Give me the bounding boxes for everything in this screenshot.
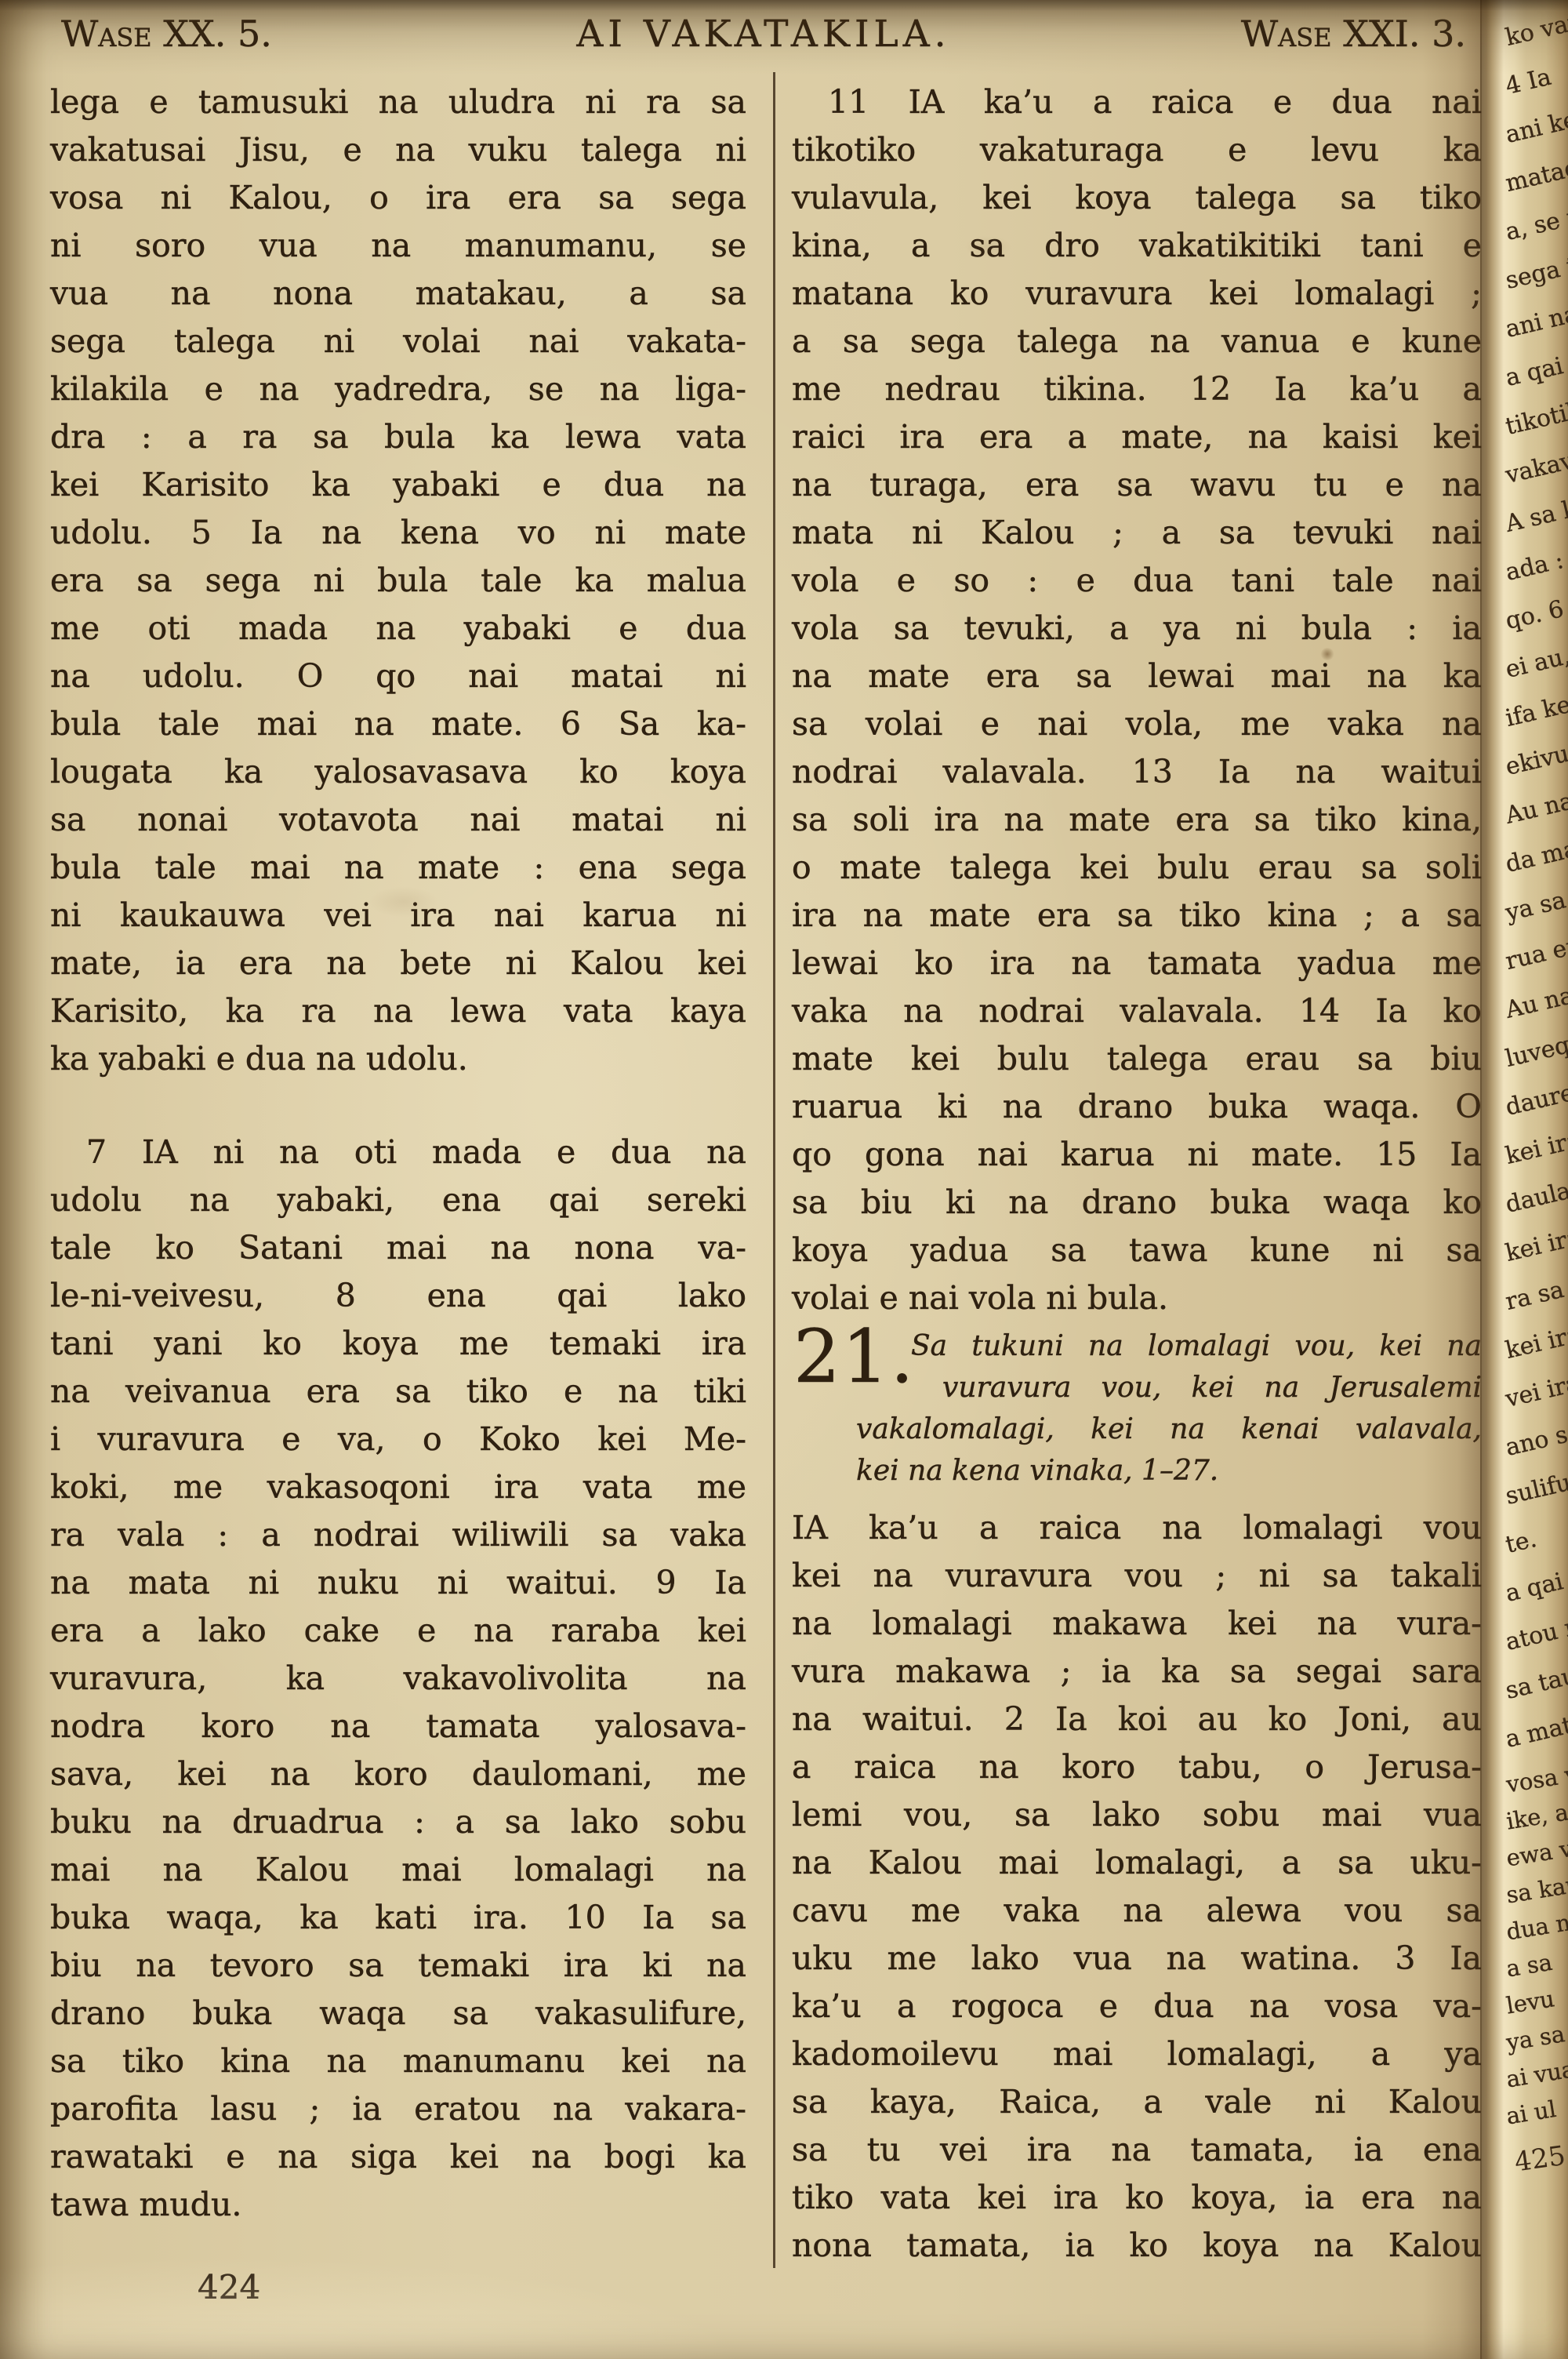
chapter-heading: 21. Sa tukuni na lomalagi vou, kei navur… — [792, 1325, 1482, 1504]
text-line: nona tamata, ia ko koya na Kalou — [792, 2222, 1482, 2270]
text-line: na turaga, era sa wavu tu e na — [792, 461, 1482, 509]
text-line: ra vala : a nodrai wiliwili sa vaka — [50, 1511, 746, 1559]
book-page-photo: Wase XX. 5. AI VAKATAKILA. Wase XXI. 3. … — [0, 0, 1568, 2359]
text-line: sa volai e nai vola, me vaka na — [792, 700, 1482, 748]
text-line: sa tu vei ira na tamata, ia ena — [792, 2126, 1482, 2174]
text-line: koki, me vakasoqoni ira vata me — [50, 1463, 746, 1511]
text-line: na Kalou mai lomalagi, a sa uku- — [792, 1839, 1482, 1887]
text-line: buka waqa, ka kati ira. 10 Ia sa — [50, 1894, 746, 1942]
text-line: lega e tamusuki na uludra ni ra sa — [50, 78, 746, 126]
chapter-summary-line: Sa tukuni na lomalagi vou, kei na — [911, 1325, 1482, 1367]
text-line: era sa sega ni bula tale ka malua — [50, 557, 746, 605]
left-text-column: lega e tamusuki na uludra ni ra savakatu… — [50, 78, 746, 2229]
bottom-highlight — [0, 2257, 745, 2359]
gutter-shadow — [1422, 0, 1482, 2359]
text-line: sa biu ki na drano buka waqa ko — [792, 1179, 1482, 1227]
text-line: a sa sega talega na vanua e kune — [792, 318, 1482, 365]
text-line: sega talega ni volai nai vakata- — [50, 318, 746, 365]
page-number: 424 — [198, 2268, 260, 2306]
text-line: me oti mada na yabaki e dua — [50, 605, 746, 652]
text-line: vola e so : e dua tani tale nai — [792, 557, 1482, 605]
text-line: sa kaya, Raica, a vale ni Kalou — [792, 2078, 1482, 2126]
text-line: biu na tevoro sa temaki ira ki na — [50, 1942, 746, 1990]
text-line: dra : a ra sa bula ka lewa vata — [50, 413, 746, 461]
text-line: drano buka waqa sa vakasulifure, — [50, 1990, 746, 2037]
text-line: era a lako cake e na raraba kei — [50, 1607, 746, 1655]
text-line: uku me lako vua na watina. 3 Ia — [792, 1935, 1482, 1983]
text-line: ira na mate era sa tiko kina ; a sa — [792, 892, 1482, 940]
text-line: 11 IA ka’u a raica e dua nai — [792, 78, 1482, 126]
text-line: cavu me vaka na alewa vou sa — [792, 1887, 1482, 1935]
text-line: tiko vata kei ira ko koya, ia era na — [792, 2174, 1482, 2222]
text-line: o mate talega kei bulu erau sa soli — [792, 844, 1482, 892]
adjacent-page-number: 425 — [1480, 2139, 1568, 2183]
text-line: bula tale mai na mate. 6 Sa ka- — [50, 700, 746, 748]
text-line: sa nonai votavota nai matai ni — [50, 796, 746, 844]
text-line: nodrai valavala. 13 Ia na waitui — [792, 748, 1482, 796]
text-line: kina, a sa dro vakatikitiki tani e — [792, 222, 1482, 270]
text-line: lewai ko ira na tamata yadua me — [792, 940, 1482, 987]
text-line: raici ira era a mate, na kaisi kei — [792, 413, 1482, 461]
text-line: ka’u a rogoca e dua na vosa va- — [792, 1983, 1482, 2030]
text-line: mai na Kalou mai lomalagi na — [50, 1846, 746, 1894]
right-text-column: 11 IA ka’u a raica e dua naitikotiko vak… — [792, 78, 1482, 2270]
right-column-verses-21: IA ka’u a raica na lomalagi voukei na vu… — [792, 1504, 1482, 2270]
text-line: tawa mudu. — [50, 2181, 746, 2229]
text-line: ruarua ki na drano buka waqa. O — [792, 1083, 1482, 1131]
text-line: kei na vuravura vou ; ni sa takali — [792, 1552, 1482, 1600]
text-line: koya yadua sa tawa kune ni sa — [792, 1227, 1482, 1274]
text-line: Karisito, ka ra na lewa vata kaya — [50, 987, 746, 1035]
text-line: mate, ia era na bete ni Kalou kei — [50, 940, 746, 987]
adjacent-page-edge: ko vata4 Iaani kecematadra, se nasega ta… — [1480, 0, 1568, 2359]
text-line: IA ka’u a raica na lomalagi vou — [792, 1504, 1482, 1552]
text-line: ni kaukauwa vei ira nai karua ni — [50, 892, 746, 940]
text-line: kadomoilevu mai lomalagi, a ya — [792, 2030, 1482, 2078]
text-line: tikotiko vakaturaga e levu ka — [792, 126, 1482, 174]
text-line: na mate era sa lewai mai na ka — [792, 652, 1482, 700]
chapter-summary-line: vuravura vou, kei na Jerusalemi — [942, 1367, 1482, 1408]
text-line: vosa ni Kalou, o ira era sa sega — [50, 174, 746, 222]
text-line: mata ni Kalou ; a sa tevuki nai — [792, 509, 1482, 557]
text-line: rawataki e na siga kei na bogi ka — [50, 2133, 746, 2181]
text-line: a raica na koro tabu, o Jerusa- — [792, 1743, 1482, 1791]
text-line: buku na druadrua : a sa lako sobu — [50, 1798, 746, 1846]
text-line: tale ko Satani mai na nona va- — [50, 1224, 746, 1272]
text-line: na waitui. 2 Ia koi au ko Joni, au — [792, 1696, 1482, 1743]
column-divider-rule — [773, 72, 775, 2268]
right-column-verses-20: 11 IA ka’u a raica e dua naitikotiko vak… — [792, 78, 1482, 1322]
text-line: vola sa tevuki, a ya ni bula : ia — [792, 605, 1482, 652]
text-line: tani yani ko koya me temaki ira — [50, 1320, 746, 1368]
text-line: vulavula, kei koya talega sa tiko — [792, 174, 1482, 222]
text-line: vakatusai Jisu, e na vuku talega ni — [50, 126, 746, 174]
text-line: vua na nona matakau, a sa — [50, 270, 746, 318]
text-line: kei Karisito ka yabaki e dua na — [50, 461, 746, 509]
text-line: i vuravura e va, o Koko kei Me- — [50, 1416, 746, 1463]
text-line: na veivanua era sa tiko e na tiki — [50, 1368, 746, 1416]
running-header: Wase XX. 5. AI VAKATAKILA. Wase XXI. 3. — [61, 13, 1466, 60]
text-line: udolu. 5 Ia na kena vo ni mate — [50, 509, 746, 557]
text-line: udolu na yabaki, ena qai sereki — [50, 1176, 746, 1224]
text-line: na mata ni nuku ni waitui. 9 Ia — [50, 1559, 746, 1607]
text-line: ni soro vua na manumanu, se — [50, 222, 746, 270]
text-line: bula tale mai na mate : ena sega — [50, 844, 746, 892]
text-line: me nedrau tikina. 12 Ia ka’u a — [792, 365, 1482, 413]
running-head-left: Wase XX. 5. — [61, 13, 272, 55]
text-line: 7 IA ni na oti mada e dua na — [50, 1129, 746, 1176]
text-line: ka yabaki e dua na udolu. — [50, 1035, 746, 1083]
text-line: kilakila e na yadredra, se na liga- — [50, 365, 746, 413]
chapter-summary-line: vakalomalagi, kei na kenai valavala, — [856, 1408, 1482, 1450]
text-line: sa soli ira na mate era sa tiko kina, — [792, 796, 1482, 844]
chapter-summary-line: kei na kena vinaka, 1–27. — [856, 1450, 1482, 1492]
text-line: vaka na nodrai valavala. 14 Ia ko — [792, 987, 1482, 1035]
text-line: le-ni-veivesu, 8 ena qai lako — [50, 1272, 746, 1320]
text-line: mate kei bulu talega erau sa biu — [792, 1035, 1482, 1083]
text-line: vuravura, ka vakavolivolita na — [50, 1655, 746, 1703]
text-line: vura makawa ; ia ka sa segai sara — [792, 1648, 1482, 1696]
text-line: qo gona nai karua ni mate. 15 Ia — [792, 1131, 1482, 1179]
page-title: AI VAKATAKILA. — [576, 13, 950, 56]
text-line: nodra koro na tamata yalosava- — [50, 1703, 746, 1750]
text-line: sa tiko kina na manumanu kei na — [50, 2037, 746, 2085]
adjacent-page-text-fragments: ko vata4 Iaani kecematadra, se nasega ta… — [1480, 0, 1568, 2177]
text-line: parofita lasu ; ia eratou na vakara- — [50, 2085, 746, 2133]
text-line: matana ko vuravura kei lomalagi ; — [792, 270, 1482, 318]
text-line: na udolu. O qo nai matai ni — [50, 652, 746, 700]
chapter-number: 21. — [793, 1321, 916, 1394]
text-line: na lomalagi makawa kei na vura- — [792, 1600, 1482, 1648]
text-line: lemi vou, sa lako sobu mai vua — [792, 1791, 1482, 1839]
text-line: lougata ka yalosavasava ko koya — [50, 748, 746, 796]
text-line: sava, kei na koro daulomani, me — [50, 1750, 746, 1798]
